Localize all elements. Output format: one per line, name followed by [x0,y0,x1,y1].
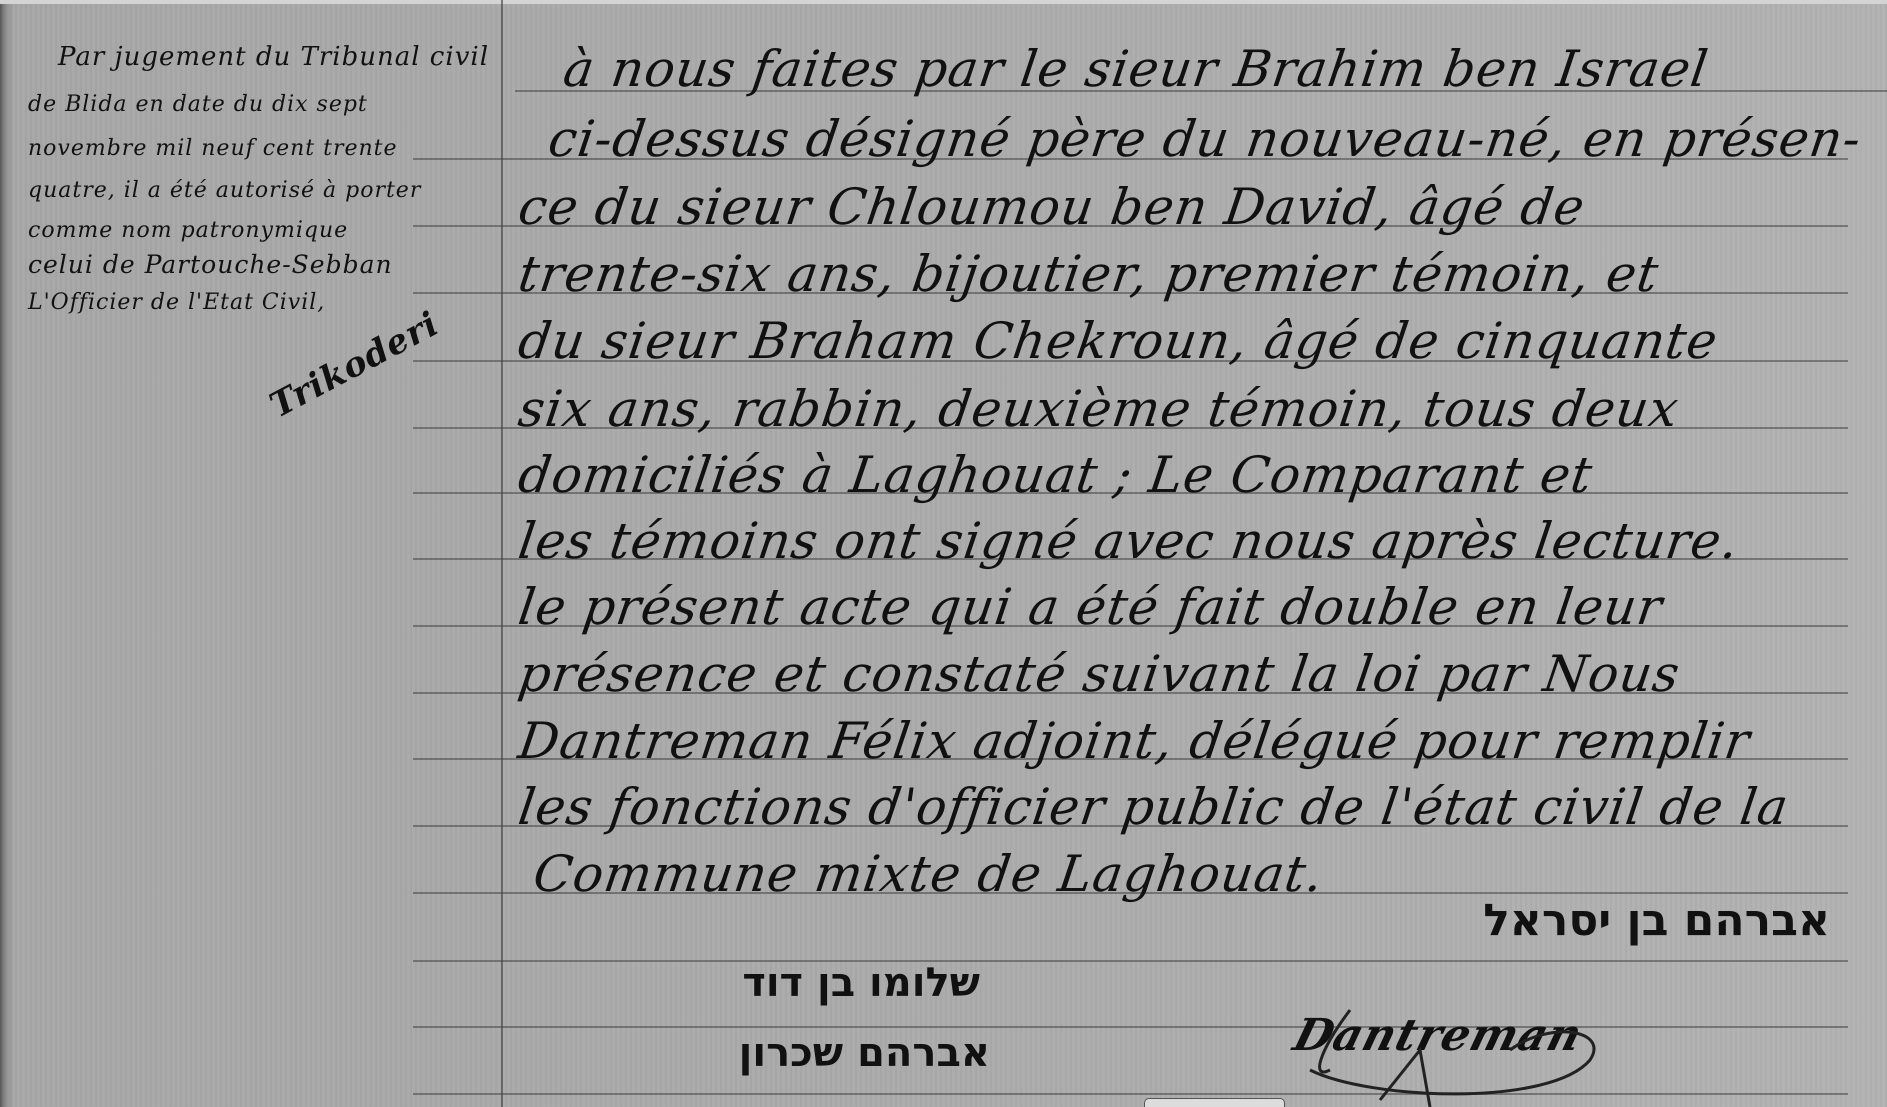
body-line: le présent acte qui a été fait double en… [515,578,1666,636]
margin-line [501,0,503,1107]
body-line: ce du sieur Chloumou ben David, âgé de [515,178,1589,236]
body-line: Commune mixte de Laghouat. [530,845,1327,903]
body-line: présence et constaté suivant la loi par … [515,645,1684,703]
body-line: à nous faites par le sieur Brahim ben Is… [560,40,1712,98]
body-line: du sieur Braham Chekroun, âgé de cinquan… [515,312,1722,370]
body-line: six ans, rabbin, deuxième témoin, tous d… [515,380,1683,438]
margin-note-line: quatre, il a été autorisé à porter [28,178,421,203]
page-top-edge [0,0,1887,4]
margin-note-line: celui de Partouche-Sebban [28,250,393,279]
body-line: les fonctions d'officier public de l'éta… [515,778,1792,836]
officer-signature-flourish [1290,990,1710,1107]
body-line: Dantreman Félix adjoint, délégué pour re… [515,712,1754,770]
viewer-scroll-tab[interactable] [1144,1098,1285,1107]
body-line: domiciliés à Laghouat ; Le Comparant et [515,446,1596,504]
margin-note-line: comme nom patronymique [28,218,348,243]
witness1-signature-hebrew: שלומו בן דוד [730,960,980,1006]
ruled-line [413,960,1848,962]
body-line: ci-dessus désigné père du nouveau-né, en… [545,110,1865,168]
body-line: les témoins ont signé avec nous après le… [515,512,1743,570]
father-signature-hebrew: אברהם בן יסראל [1350,895,1830,946]
witness2-signature-hebrew: אברהם שכרון [660,1030,990,1076]
margin-note-line: Par jugement du Tribunal civil [58,42,489,72]
margin-note-line: de Blida en date du dix sept [28,92,368,117]
body-line: trente-six ans, bijoutier, premier témoi… [515,245,1663,303]
margin-note-line: novembre mil neuf cent trente [28,136,398,161]
margin-note-line: L'Officier de l'Etat Civil, [28,290,325,315]
